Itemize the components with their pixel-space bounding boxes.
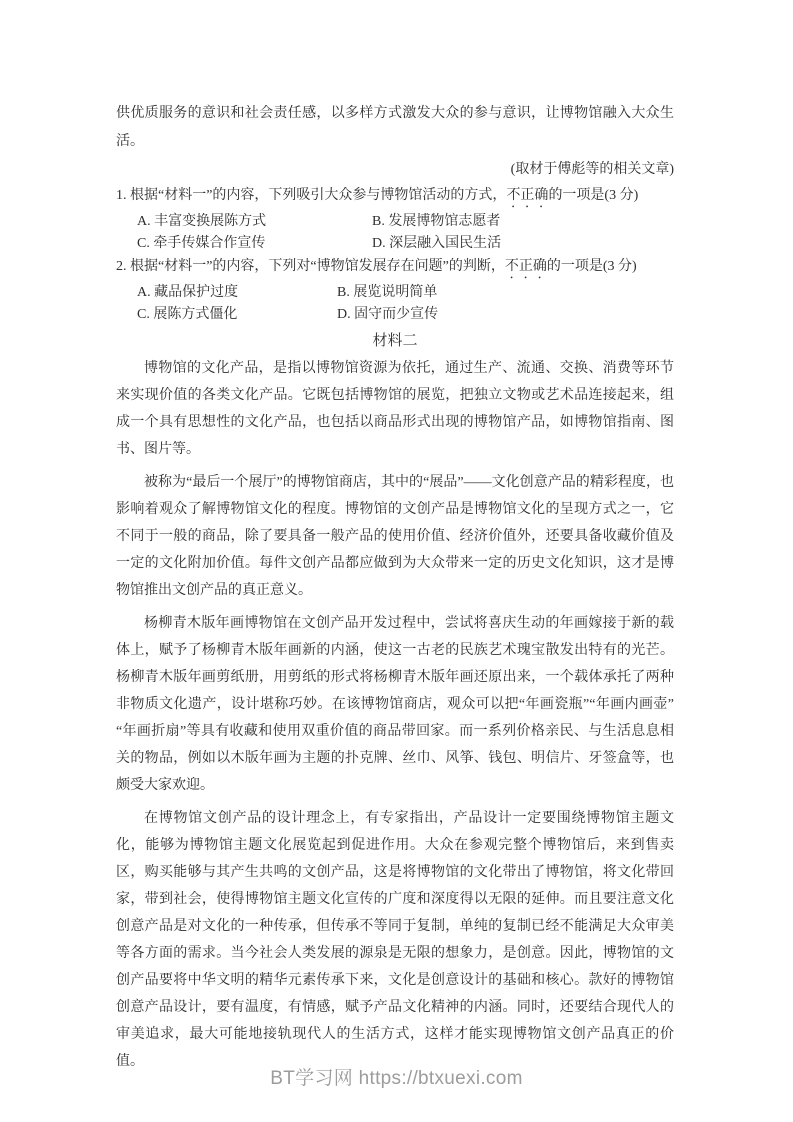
material-two-paragraph-2: 被称为“最后一个展厅”的博物馆商店，其中的“展品”——文化创意产品的精彩程度，也…: [116, 469, 674, 604]
site-watermark: BT学习网 https://btxuexi.com: [0, 1066, 793, 1092]
question-2-option-d: D. 固守而少宣传: [337, 304, 438, 326]
question-1: 1. 根据“材料一”的内容，下列吸引大众参与博物馆活动的方式，不正确的一项是(3…: [116, 184, 674, 255]
material-two-paragraph-4: 在博物馆文创产品的设计理念上，有专家指出，产品设计一定要围绕博物馆主题文化，能够…: [116, 805, 674, 1075]
question-2-stem: 2. 根据“材料一”的内容，下列对“博物馆发展存在问题”的判断，不正确的一项是(…: [116, 255, 674, 282]
question-2-option-c: C. 展陈方式僵化: [137, 304, 337, 326]
question-1-stem-suffix: 的一项是(3 分): [548, 188, 638, 203]
question-2-options-row-1: A. 藏品保护过度 B. 展览说明简单: [116, 282, 674, 304]
question-1-options-row-2: C. 牵手传媒合作宣传 D. 深层融入国民生活: [116, 233, 674, 255]
question-2-stem-emphasis: 不正确: [505, 259, 547, 274]
question-1-stem-prefix: 1. 根据“材料一”的内容，下列吸引大众参与博物馆活动的方式，: [116, 188, 506, 203]
material-two-heading: 材料二: [116, 328, 674, 355]
question-1-option-b: B. 发展博物馆志愿者: [372, 211, 500, 233]
question-2-stem-suffix: 的一项是(3 分): [547, 259, 637, 274]
question-2: 2. 根据“材料一”的内容，下列对“博物馆发展存在问题”的判断，不正确的一项是(…: [116, 255, 674, 326]
material-two-paragraph-3: 杨柳青木版年画博物馆在文创产品开发过程中，尝试将喜庆生动的年画嫁接于新的载体上，…: [116, 610, 674, 799]
question-2-option-b: B. 展览说明简单: [337, 282, 437, 304]
material-two-paragraph-1: 博物馆的文化产品，是指以博物馆资源为依托，通过生产、流通、交换、消费等环节来实现…: [116, 355, 674, 463]
question-1-option-d: D. 深层融入国民生活: [372, 233, 501, 255]
question-2-stem-prefix: 2. 根据“材料一”的内容，下列对“博物馆发展存在问题”的判断，: [116, 259, 505, 274]
question-2-options-row-2: C. 展陈方式僵化 D. 固守而少宣传: [116, 304, 674, 326]
material-one-source-attribution: (取材于傅彪等的相关文章): [116, 156, 674, 184]
exam-page: 供优质服务的意识和社会责任感，以多样方式激发大众的参与意识，让博物馆融入大众生活…: [0, 0, 793, 1122]
question-2-option-a: A. 藏品保护过度: [137, 282, 337, 304]
page-content: 供优质服务的意识和社会责任感，以多样方式激发大众的参与意识，让博物馆融入大众生活…: [116, 100, 674, 1081]
question-1-stem-emphasis: 不正确: [506, 188, 548, 203]
material-one-closing-line: 供优质服务的意识和社会责任感，以多样方式激发大众的参与意识，让博物馆融入大众生活…: [116, 100, 674, 156]
question-1-stem: 1. 根据“材料一”的内容，下列吸引大众参与博物馆活动的方式，不正确的一项是(3…: [116, 184, 674, 211]
question-1-options-row-1: A. 丰富变换展陈方式 B. 发展博物馆志愿者: [116, 211, 674, 233]
question-1-option-a: A. 丰富变换展陈方式: [137, 211, 372, 233]
question-1-option-c: C. 牵手传媒合作宣传: [137, 233, 372, 255]
